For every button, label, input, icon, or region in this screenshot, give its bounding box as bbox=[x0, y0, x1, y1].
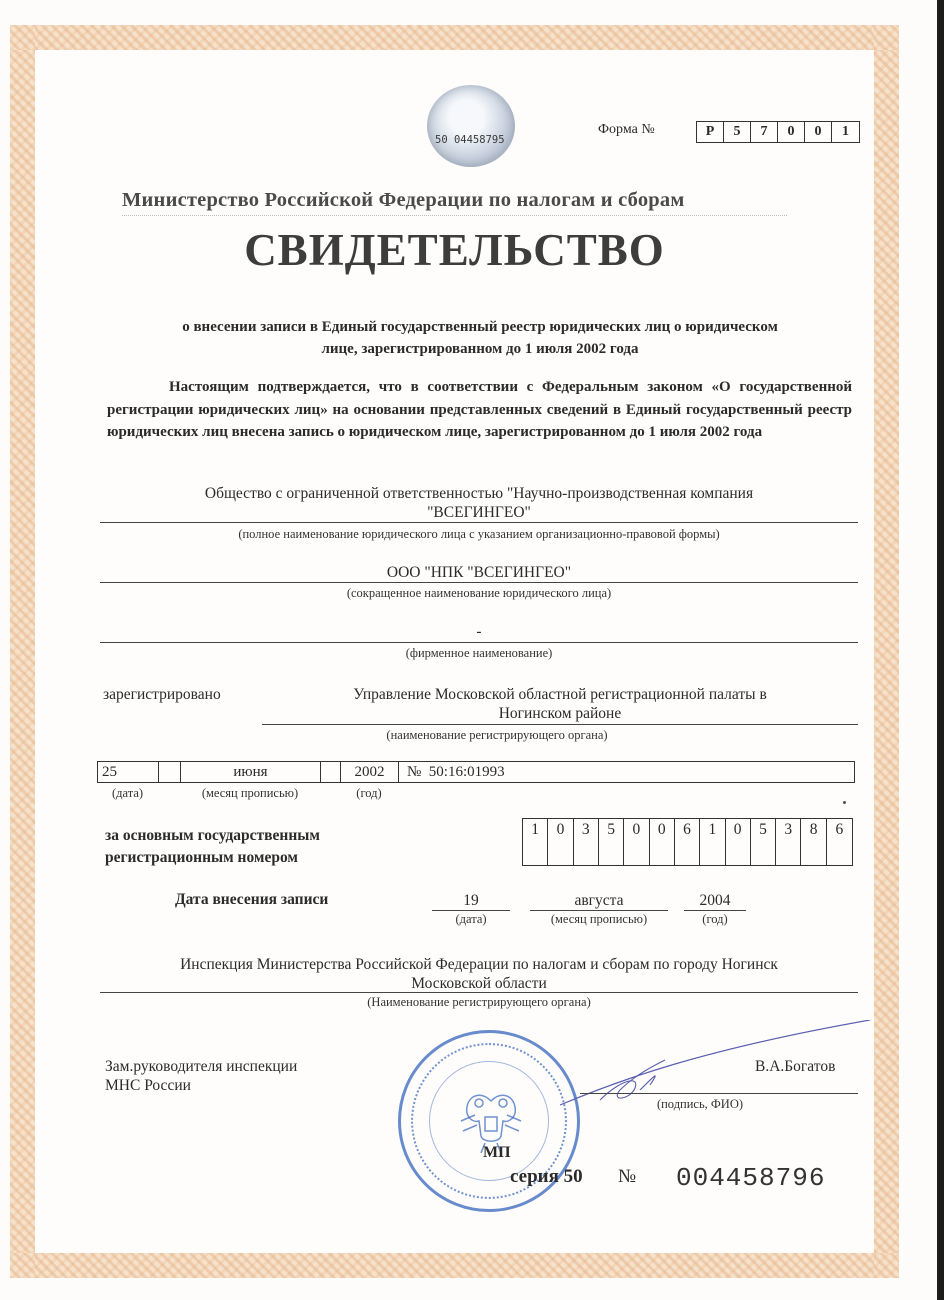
stamp-mark: МП bbox=[483, 1143, 511, 1162]
registered-label: зарегистрировано bbox=[103, 685, 221, 704]
registration-number: № 50:16:01993 bbox=[399, 762, 854, 782]
ogrn-label-line-1: за основным государственным bbox=[105, 825, 320, 847]
inspection-caption: (Наименование регистрирующего органа) bbox=[100, 995, 858, 1010]
ogrn-digit: 6 bbox=[827, 819, 852, 865]
registration-day: 25 bbox=[98, 762, 159, 782]
inspection-underline bbox=[100, 992, 858, 993]
authority-underline bbox=[262, 724, 858, 725]
document-subtitle: о внесении записи в Единый государственн… bbox=[110, 316, 850, 360]
date-caption: (дата) bbox=[97, 786, 158, 801]
firm-name-underline bbox=[100, 642, 858, 643]
confirmation-paragraph: Настоящим подтверждается, что в соответс… bbox=[107, 376, 852, 444]
ogrn-label-line-2: регистрационным номером bbox=[105, 847, 320, 869]
hologram-seal: 50 04458795 bbox=[427, 85, 515, 167]
ogrn-label: за основным государственным регистрацион… bbox=[105, 825, 320, 869]
short-name-caption: (сокращенное наименование юридического л… bbox=[100, 586, 858, 601]
ogrn-digit: 3 bbox=[776, 819, 801, 865]
full-name-underline bbox=[100, 522, 858, 523]
position-line-1: Зам.руководителя инспекции bbox=[105, 1057, 297, 1076]
subtitle-line-1: о внесении записи в Единый государственн… bbox=[110, 316, 850, 338]
entry-day: 19 bbox=[432, 891, 510, 910]
serial-no-sign: № bbox=[618, 1167, 636, 1186]
inspection-line-2: Московской области bbox=[100, 974, 858, 993]
entry-day-underline bbox=[432, 910, 510, 911]
entry-month: августа bbox=[530, 891, 668, 910]
ogrn-digit: 8 bbox=[801, 819, 826, 865]
registration-month: июня bbox=[181, 762, 321, 782]
ogrn-digit: 1 bbox=[700, 819, 725, 865]
ministry-name: Министерство Российской Федерации по нал… bbox=[122, 189, 685, 212]
authority-line-1: Управление Московской областной регистра… bbox=[262, 685, 858, 704]
ogrn-digit: 0 bbox=[650, 819, 675, 865]
position-line-2: МНС России bbox=[105, 1076, 297, 1095]
registering-authority: Управление Московской областной регистра… bbox=[262, 685, 858, 723]
scan-edge-strip bbox=[937, 0, 944, 1300]
inspection-name: Инспекция Министерства Российской Федера… bbox=[100, 955, 858, 993]
ogrn-digit: 3 bbox=[574, 819, 599, 865]
entry-month-underline bbox=[530, 910, 668, 911]
full-name-line-1: Общество с ограниченной ответственностью… bbox=[100, 484, 858, 503]
full-name-caption: (полное наименование юридического лица с… bbox=[100, 527, 858, 542]
short-name-underline bbox=[100, 582, 858, 583]
ogrn-digit: 0 bbox=[726, 819, 751, 865]
entry-year-caption: (год) bbox=[684, 912, 746, 927]
registration-date-row: 25 июня 2002 № 50:16:01993 bbox=[97, 761, 855, 783]
ogrn-digit: 0 bbox=[624, 819, 649, 865]
form-code-cell: Р bbox=[697, 122, 724, 142]
entry-month-caption: (месяц прописью) bbox=[530, 912, 668, 927]
entry-date-label: Дата внесения записи bbox=[175, 891, 328, 909]
ogrn-number-box: 1 0 3 5 0 0 6 1 0 5 3 8 6 bbox=[522, 818, 853, 866]
form-code-cell: 0 bbox=[805, 122, 832, 142]
form-label: Форма № bbox=[598, 122, 655, 138]
form-code-cell: 0 bbox=[778, 122, 805, 142]
full-name-line-2: "ВСЕГИНГЕО" bbox=[100, 503, 858, 522]
full-name-field: Общество с ограниченной ответственностью… bbox=[100, 484, 858, 522]
form-code-box: Р 5 7 0 0 1 bbox=[696, 121, 860, 143]
authority-caption: (наименование регистрирующего органа) bbox=[262, 728, 732, 743]
serial-series-label: серия bbox=[510, 1166, 559, 1187]
serial-series: 50 bbox=[564, 1166, 583, 1187]
blank-cell bbox=[321, 762, 341, 782]
signatory-name: В.А.Богатов bbox=[755, 1057, 835, 1076]
ogrn-digit: 0 bbox=[548, 819, 573, 865]
form-code-cell: 7 bbox=[751, 122, 778, 142]
serial-label: серия 50 bbox=[510, 1167, 583, 1186]
entry-day-caption: (дата) bbox=[432, 912, 510, 927]
hologram-number: 50 04458795 bbox=[435, 134, 505, 146]
short-name-field: ООО "НПК "ВСЕГИНГЕО" bbox=[100, 563, 858, 582]
entry-year: 2004 bbox=[684, 891, 746, 910]
registration-year: 2002 bbox=[341, 762, 399, 782]
form-code-cell: 1 bbox=[832, 122, 859, 142]
signatory-position: Зам.руководителя инспекции МНС России bbox=[105, 1057, 297, 1095]
ministry-underline bbox=[122, 215, 787, 216]
blank-cell bbox=[159, 762, 181, 782]
speck bbox=[843, 801, 846, 804]
ogrn-digit: 5 bbox=[599, 819, 624, 865]
firm-name-field: - bbox=[100, 622, 858, 641]
form-code-cell: 5 bbox=[724, 122, 751, 142]
subtitle-line-2: лице, зарегистрированном до 1 июля 2002 … bbox=[110, 338, 850, 360]
ogrn-digit: 5 bbox=[751, 819, 776, 865]
inspection-line-1: Инспекция Министерства Российской Федера… bbox=[100, 955, 858, 974]
entry-year-underline bbox=[684, 910, 746, 911]
ogrn-digit: 6 bbox=[675, 819, 700, 865]
document-title: СВИДЕТЕЛЬСТВО bbox=[0, 224, 909, 276]
year-caption: (год) bbox=[340, 786, 398, 801]
authority-line-2: Ногинском районе bbox=[262, 704, 858, 723]
signature-caption: (подпись, ФИО) bbox=[640, 1097, 760, 1112]
firm-name-caption: (фирменное наименование) bbox=[100, 646, 858, 661]
serial-number: 004458796 bbox=[676, 1163, 825, 1193]
month-caption: (месяц прописью) bbox=[180, 786, 320, 801]
signature-underline bbox=[580, 1093, 858, 1094]
ogrn-digit: 1 bbox=[523, 819, 548, 865]
